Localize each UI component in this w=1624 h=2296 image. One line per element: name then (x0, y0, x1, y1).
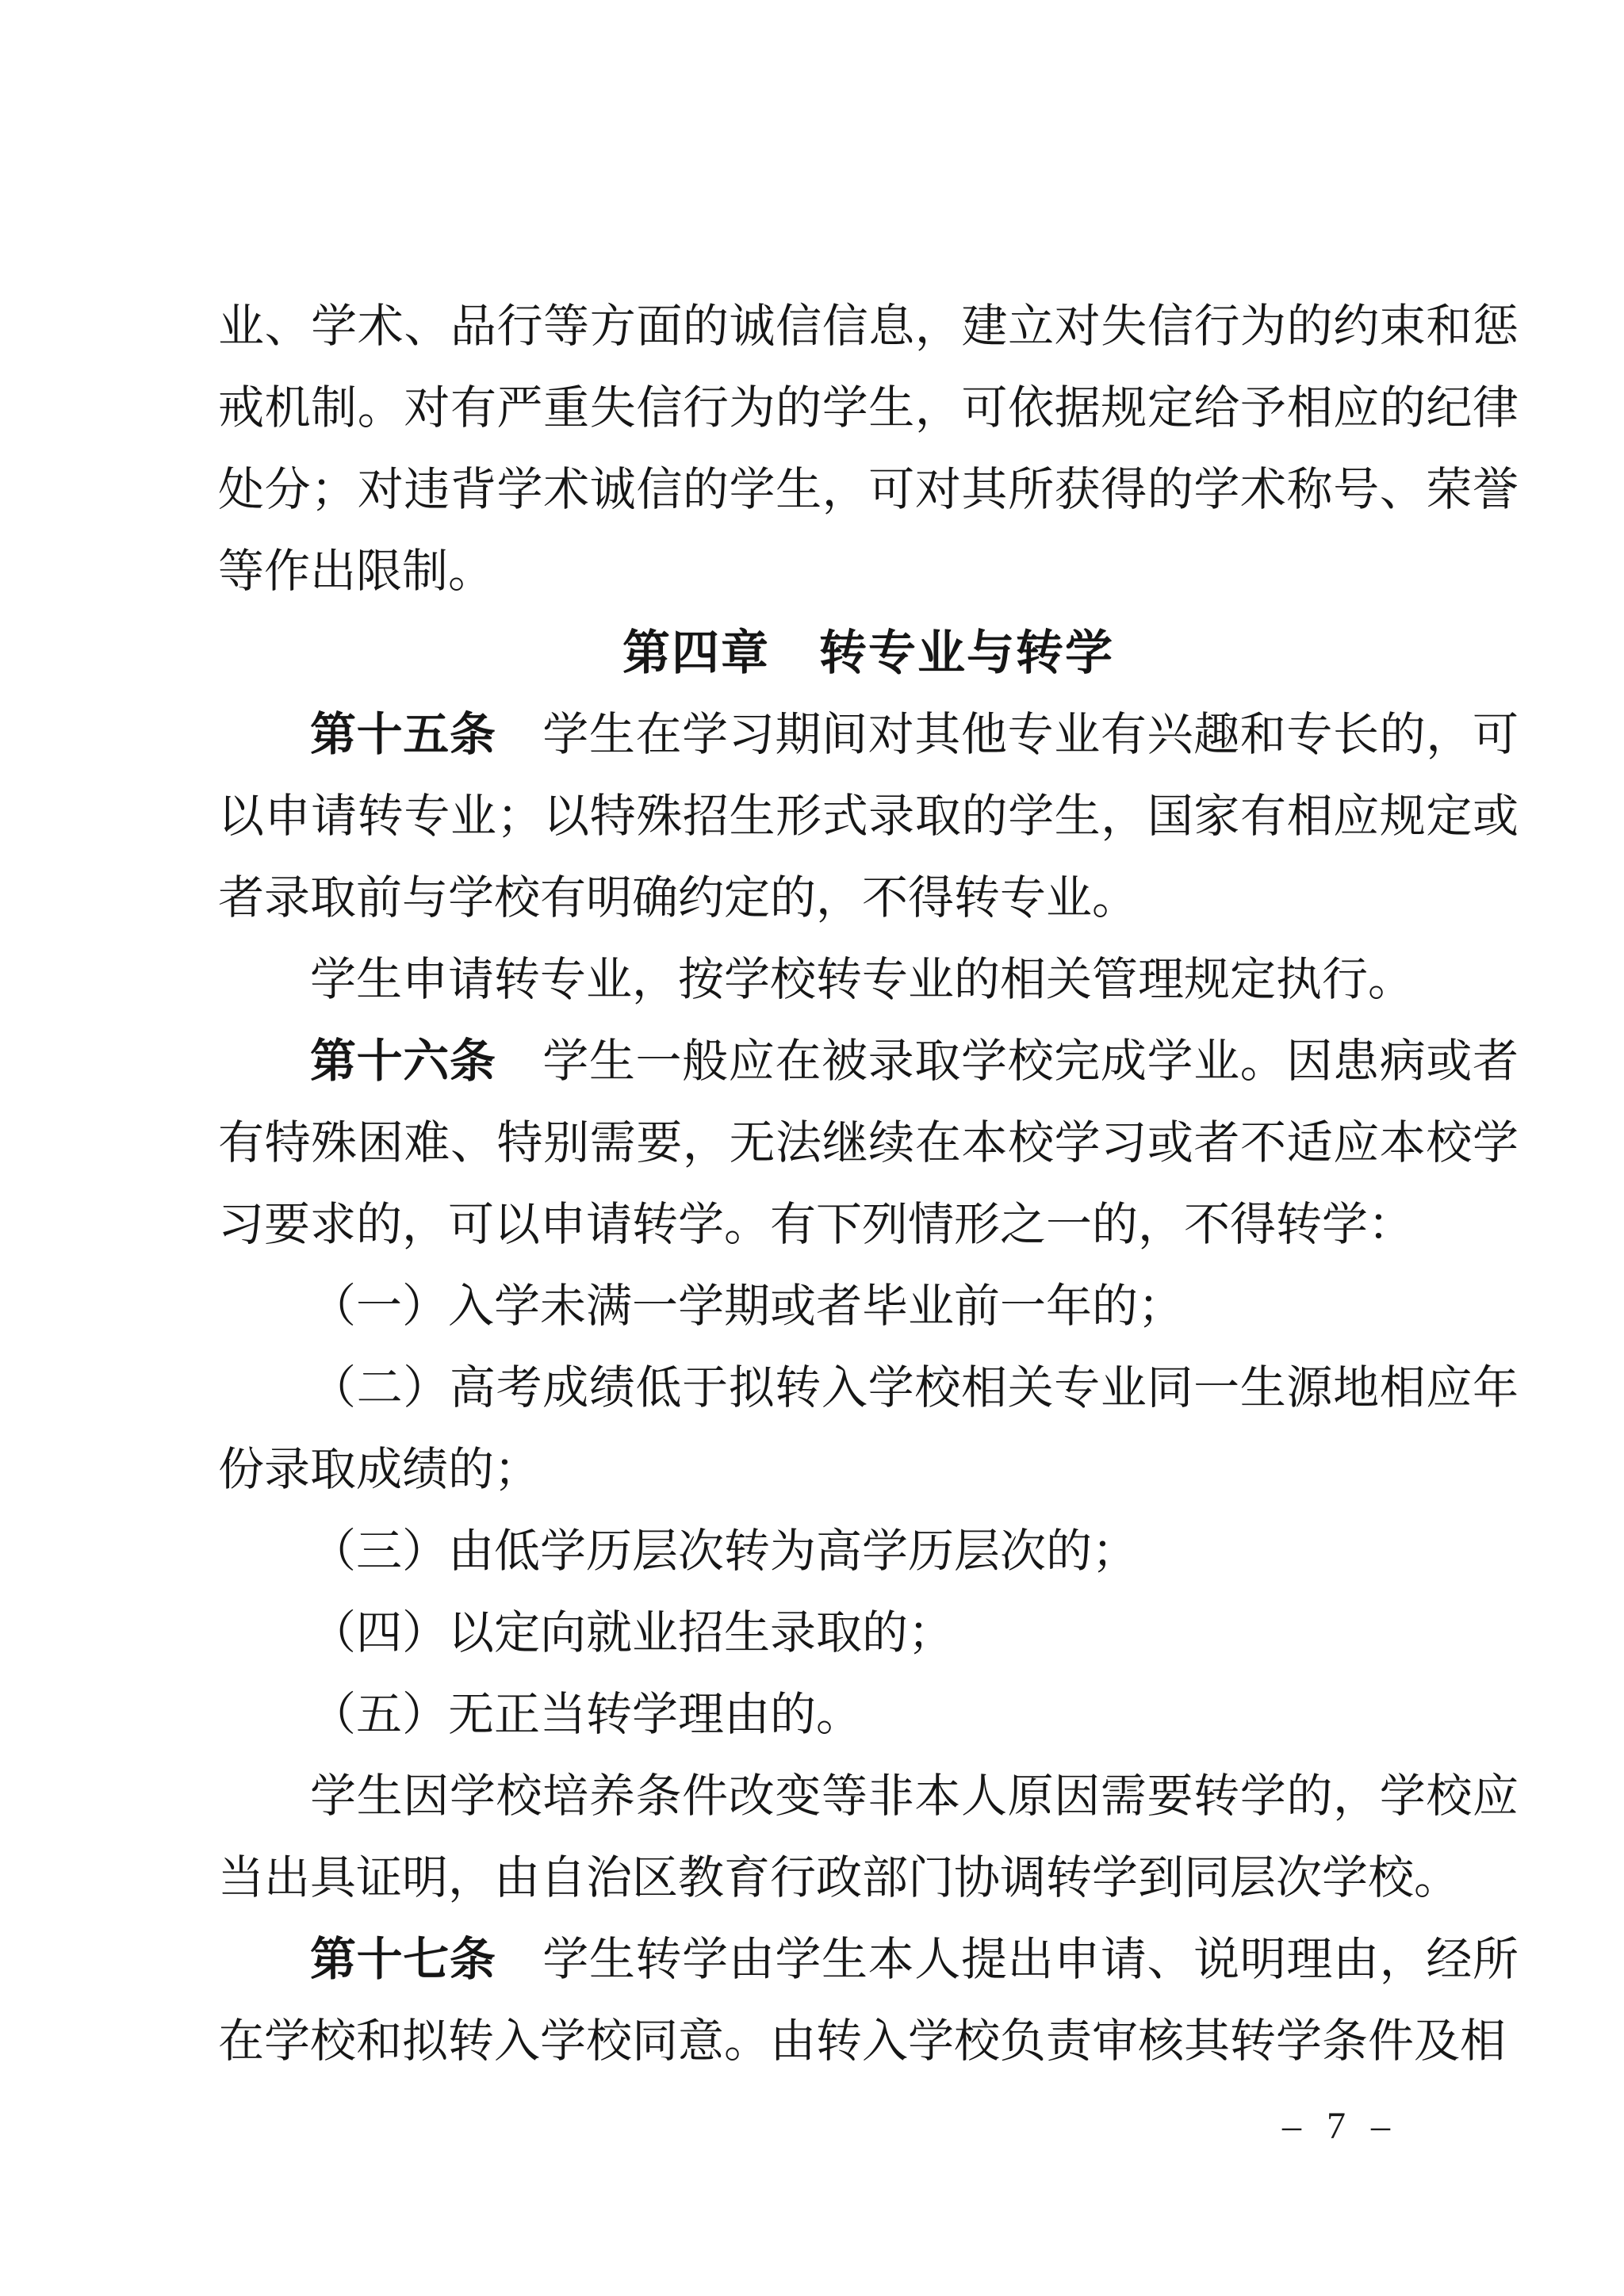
article-label: 第十六条 (310, 1035, 496, 1087)
chapter-heading: 第四章 转专业与转学 (218, 612, 1519, 694)
article-label: 第十五条 (310, 709, 496, 760)
paragraph: （二）高考成绩低于拟转入学校相关专业同一生源地相应年份录取成绩的； (218, 1347, 1519, 1510)
paragraph: 第十五条 学生在学习期间对其他专业有兴趣和专长的，可以申请转专业；以特殊招生形式… (218, 694, 1519, 939)
paragraph: （五）无正当转学理由的。 (218, 1674, 1519, 1755)
paragraph: 业、学术、品行等方面的诚信信息，建立对失信行为的约束和惩戒机制。对有严重失信行为… (218, 285, 1519, 612)
paragraph: （四）以定向就业招生录取的； (218, 1592, 1519, 1674)
paragraph: （三）由低学历层次转为高学历层次的； (218, 1510, 1519, 1592)
document-body: 业、学术、品行等方面的诚信信息，建立对失信行为的约束和惩戒机制。对有严重失信行为… (218, 285, 1519, 2082)
paragraph: （一）入学未满一学期或者毕业前一年的； (218, 1265, 1519, 1347)
paragraph: 第十六条 学生一般应在被录取学校完成学业。因患病或者有特殊困难、特别需要，无法继… (218, 1020, 1519, 1265)
document-page: 业、学术、品行等方面的诚信信息，建立对失信行为的约束和惩戒机制。对有严重失信行为… (0, 0, 1624, 2296)
page-number: – 7 – (1237, 2103, 1443, 2150)
paragraph: 学生申请转专业，按学校转专业的相关管理规定执行。 (218, 939, 1519, 1020)
paragraph: 学生因学校培养条件改变等非本人原因需要转学的，学校应当出具证明，由自治区教育行政… (218, 1755, 1519, 1919)
article-label: 第十七条 (310, 1934, 496, 1985)
paragraph: 第十七条 学生转学由学生本人提出申请、说明理由，经所在学校和拟转入学校同意。由转… (218, 1919, 1519, 2082)
